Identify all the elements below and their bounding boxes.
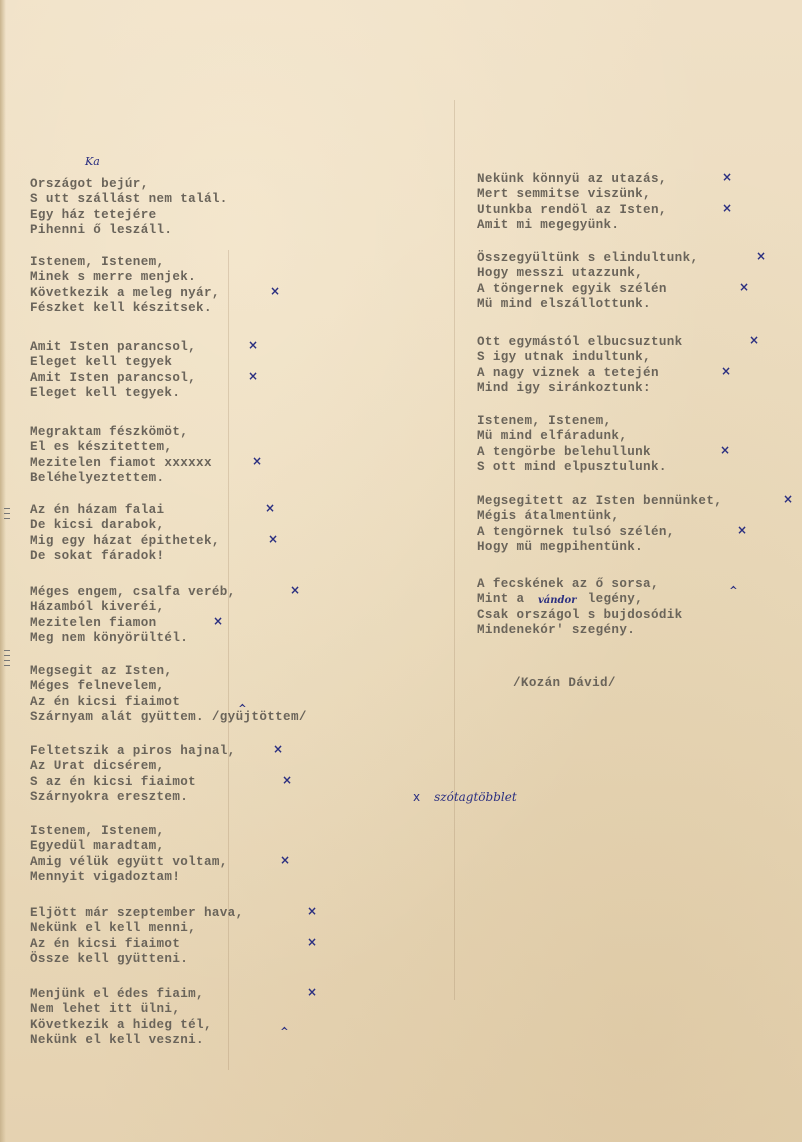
line-text: Csak országol s bujdosódik (477, 608, 683, 622)
poem-line: Egy ház tetejére (30, 208, 228, 223)
pen-cross-mark-icon: × (273, 742, 283, 757)
footnote-text: szótagtöbblet (434, 790, 517, 804)
line-text: Összegyültünk s elindultunk, (477, 251, 698, 265)
line-text: Mü mind elfáradunk, (477, 429, 627, 443)
pen-cross-mark-icon: × (739, 280, 749, 295)
line-text: Mert semmitse viszünk, (477, 187, 651, 201)
line-text: Méges engem, csalfa veréb, (30, 585, 236, 599)
poem-line: A töngernek egyik szélén× (477, 282, 698, 297)
line-text: Ott egymástól elbucsuztunk (477, 335, 683, 349)
line-text: S utt szállást nem talál. (30, 192, 228, 206)
pen-caret-mark-icon: ‸ (238, 693, 247, 708)
poem-line: Méges engem, csalfa veréb,× (30, 585, 236, 600)
poem-line: Mü mind elfáradunk, (477, 429, 667, 444)
line-text: Mindenekór' szegény. (477, 623, 635, 637)
stanza: Istenem, Istenem,Egyedül maradtam,Amig v… (30, 824, 228, 885)
line-text: Nem lehet itt ülni, (30, 1002, 180, 1016)
poem-line: Amig vélük együtt voltam,× (30, 855, 228, 870)
stanza: Méges engem, csalfa veréb,×Házamból kive… (30, 585, 236, 646)
line-text: Megsegit az Isten, (30, 664, 172, 678)
line-text: Istenem, Istenem, (30, 255, 164, 269)
poem-line: Pihenni ő leszáll. (30, 223, 228, 238)
poem-line: Ott egymástól elbucsuztunk× (477, 335, 683, 350)
poem-line: De sokat fáradok! (30, 549, 220, 564)
line-text: Mind igy siránkoztunk: (477, 381, 651, 395)
paper-sheet (0, 0, 802, 1142)
line-text: A tengörbe belehullunk (477, 445, 651, 459)
stanza: Feltetszik a piros hajnal,×Az Urat dicsé… (30, 744, 236, 805)
pen-cross-mark-icon: × (248, 338, 258, 353)
poem-line: Istenem, Istenem, (477, 414, 667, 429)
poem-line: A tengörbe belehullunk× (477, 445, 667, 460)
poem-line: Nekünk könnyü az utazás,× (477, 172, 667, 187)
poem-line: Istenem, Istenem, (30, 824, 228, 839)
poem-line: A tengörnek tulsó szélén,× (477, 525, 722, 540)
stanza: Megraktam fészkömöt,El es készitettem,Me… (30, 425, 212, 486)
stanza: Ott egymástól elbucsuztunk×S igy utnak i… (477, 335, 683, 396)
line-text: Istenem, Istenem, (30, 824, 164, 838)
line-text: A tengörnek tulsó szélén, (477, 525, 675, 539)
line-text: Szárnyam alát gyüttem. /gyüjtöttem/ (30, 710, 307, 724)
pen-cross-mark-icon: × (749, 333, 759, 348)
stanza: Eljött már szeptember hava,×Nekünk el ke… (30, 906, 244, 967)
poem-line: Fészket kell készitsek. (30, 301, 220, 316)
poem-line: Mert semmitse viszünk, (477, 187, 667, 202)
stanza: Összegyültünk s elindultunk,×Hogy messzi… (477, 251, 698, 312)
pen-cross-mark-icon: × (265, 501, 275, 516)
line-text: Eleget kell tegyek. (30, 386, 180, 400)
paper-edge (0, 0, 6, 1142)
pen-cross-mark-icon: × (248, 369, 258, 384)
paper-crease (454, 100, 455, 1000)
poem-line: Megsegit az Isten, (30, 664, 307, 679)
line-text: Az Urat dicsérem, (30, 759, 164, 773)
line-text: Amit Isten parancsol, (30, 340, 196, 354)
poem-line: Országot bejúr, (30, 177, 228, 192)
poem-line: Következik a hideg tél,‸ (30, 1018, 212, 1033)
handwritten-correction: Ka (85, 155, 100, 168)
line-text: Feltetszik a piros hajnal, (30, 744, 236, 758)
line-text: Nekünk könnyü az utazás, (477, 172, 667, 186)
line-text: Hogy mü megpihentünk. (477, 540, 643, 554)
line-text: Egy ház tetejére (30, 208, 157, 222)
line-text: Az én kicsi fiaimot (30, 937, 180, 951)
line-text: Hogy messzi utazzunk, (477, 266, 643, 280)
poem-line: S ott mind elpusztulunk. (477, 460, 667, 475)
line-text: Eleget kell tegyek (30, 355, 172, 369)
poem-line: Mennyit vigadoztam! (30, 870, 228, 885)
line-text: Házamból kiveréi, (30, 600, 164, 614)
line-text: S igy utnak indultunk, (477, 350, 651, 364)
line-text: Amit Isten parancsol, (30, 371, 196, 385)
pen-cross-mark-icon: × (282, 773, 292, 788)
poem-line: Amit Isten parancsol,× (30, 371, 196, 386)
line-text: De kicsi darabok, (30, 518, 164, 532)
pen-cross-mark-icon: × (252, 454, 262, 469)
pen-cross-mark-icon: × (756, 249, 766, 264)
poem-line: Feltetszik a piros hajnal,× (30, 744, 236, 759)
poem-line: Amit Isten parancsol,× (30, 340, 196, 355)
pen-cross-mark-icon: × (720, 443, 730, 458)
line-text: Következik a hideg tél, (30, 1018, 212, 1032)
poem-line: Beléhelyeztettem. (30, 471, 212, 486)
line-text: A nagy viznek a tetején (477, 366, 659, 380)
poem-line: Hogy messzi utazzunk, (477, 266, 698, 281)
pen-cross-mark-icon: × (268, 532, 278, 547)
poem-line: Mint a legény, (477, 592, 683, 607)
poem-line: Minek s merre menjek. (30, 270, 220, 285)
pen-cross-mark-icon: × (722, 170, 732, 185)
line-text: Az én kicsi fiaimot (30, 695, 180, 709)
line-text: Nekünk el kell veszni. (30, 1033, 204, 1047)
line-text: Megraktam fészkömöt, (30, 425, 188, 439)
line-text: Mennyit vigadoztam! (30, 870, 180, 884)
poem-line: Menjünk el édes fiaim,× (30, 987, 212, 1002)
line-text: Össze kell gyütteni. (30, 952, 188, 966)
line-text: Nekünk el kell menni, (30, 921, 196, 935)
footnote-mark: x (413, 790, 420, 804)
line-text: Egyedül maradtam, (30, 839, 164, 853)
stanza: Istenem, Istenem,Mü mind elfáradunk,A te… (477, 414, 667, 475)
line-text: Pihenni ő leszáll. (30, 223, 172, 237)
poem-line: Egyedül maradtam, (30, 839, 228, 854)
pen-cross-mark-icon: × (213, 614, 223, 629)
line-text: S ott mind elpusztulunk. (477, 460, 667, 474)
poem-line: Amit mi megegyünk. (477, 218, 667, 233)
poem-line: Mig egy házat épithetek,× (30, 534, 220, 549)
line-text: El es készitettem, (30, 440, 172, 454)
line-text: Mü mind elszállottunk. (477, 297, 651, 311)
stanza: Amit Isten parancsol,×Eleget kell tegyek… (30, 340, 196, 401)
poem-line: Nekünk el kell veszni. (30, 1033, 212, 1048)
line-text: Amig vélük együtt voltam, (30, 855, 228, 869)
poem-line: Nem lehet itt ülni, (30, 1002, 212, 1017)
pen-cross-mark-icon: × (783, 492, 793, 507)
poem-line: Meg nem könyörültél. (30, 631, 236, 646)
poem-line: Eleget kell tegyek (30, 355, 196, 370)
stanza: Országot bejúr,S utt szállást nem talál.… (30, 177, 228, 238)
stanza: A fecskének az ő sorsa,‸Mint a legény,Cs… (477, 577, 683, 638)
margin-marks (4, 508, 10, 523)
poem-line: Összegyültünk s elindultunk,× (477, 251, 698, 266)
stanza: Megsegitett az Isten bennünket,×Mégis át… (477, 494, 722, 555)
poem-line: Következik a meleg nyár,× (30, 286, 220, 301)
poem-line: Szárnyam alát gyüttem. /gyüjtöttem/ (30, 710, 307, 725)
poem-line: S igy utnak indultunk, (477, 350, 683, 365)
poem-line: S az én kicsi fiaimot× (30, 775, 236, 790)
poem-line: Az Urat dicsérem, (30, 759, 236, 774)
pen-cross-mark-icon: × (737, 523, 747, 538)
stanza: Nekünk könnyü az utazás,×Mert semmitse v… (477, 172, 667, 233)
line-text: Méges felnevelem, (30, 679, 164, 693)
author-signature: /Kozán Dávid/ (513, 676, 616, 690)
line-text: Országot bejúr, (30, 177, 149, 191)
line-text: Következik a meleg nyár, (30, 286, 220, 300)
line-text: Mig egy házat épithetek, (30, 534, 220, 548)
pen-cross-mark-icon: × (307, 935, 317, 950)
stanza: Megsegit az Isten,Méges felnevelem,Az én… (30, 664, 307, 725)
line-text: S az én kicsi fiaimot (30, 775, 196, 789)
poem-line: El es készitettem, (30, 440, 212, 455)
stanza: Az én házam falai×De kicsi darabok,Mig e… (30, 503, 220, 564)
poem-line: Megraktam fészkömöt, (30, 425, 212, 440)
line-text: Eljött már szeptember hava, (30, 906, 244, 920)
line-text: Mezitelen fiamon (30, 616, 157, 630)
poem-line: Nekünk el kell menni, (30, 921, 244, 936)
line-text: Menjünk el édes fiaim, (30, 987, 204, 1001)
pen-caret-mark-icon: ‸ (280, 1016, 289, 1031)
line-text: A fecskének az ő sorsa, (477, 577, 659, 591)
line-text: Beléhelyeztettem. (30, 471, 164, 485)
poem-line: Hogy mü megpihentünk. (477, 540, 722, 555)
pen-cross-mark-icon: × (270, 284, 280, 299)
line-text: Istenem, Istenem, (477, 414, 611, 428)
poem-line: A fecskének az ő sorsa,‸ (477, 577, 683, 592)
poem-line: Házamból kiveréi, (30, 600, 236, 615)
poem-line: Méges felnevelem, (30, 679, 307, 694)
poem-line: Mezitelen fiamot xxxxxx× (30, 456, 212, 471)
margin-marks (4, 650, 10, 670)
pen-caret-mark-icon: ‸ (729, 575, 738, 590)
poem-line: Utunkba rendöl az Isten,× (477, 203, 667, 218)
poem-line: Mind igy siránkoztunk: (477, 381, 683, 396)
poem-line: Szárnyokra eresztem. (30, 790, 236, 805)
pen-cross-mark-icon: × (290, 583, 300, 598)
line-text: Utunkba rendöl az Isten, (477, 203, 667, 217)
line-text: Amit mi megegyünk. (477, 218, 619, 232)
pen-cross-mark-icon: × (307, 985, 317, 1000)
poem-line: S utt szállást nem talál. (30, 192, 228, 207)
poem-line: Az én kicsi fiaimot× (30, 937, 244, 952)
pen-cross-mark-icon: × (721, 364, 731, 379)
poem-line: A nagy viznek a tetején× (477, 366, 683, 381)
line-text: Fészket kell készitsek. (30, 301, 212, 315)
poem-line: Mü mind elszállottunk. (477, 297, 698, 312)
poem-line: Eljött már szeptember hava,× (30, 906, 244, 921)
poem-line: Istenem, Istenem, (30, 255, 220, 270)
footnote: xszótagtöbblet (413, 790, 517, 804)
handwritten-insert: vándor (538, 595, 577, 606)
poem-line: Mindenekór' szegény. (477, 623, 683, 638)
poem-line: Csak országol s bujdosódik (477, 608, 683, 623)
poem-line: Össze kell gyütteni. (30, 952, 244, 967)
line-text: Mezitelen fiamot xxxxxx (30, 456, 212, 470)
stanza: Menjünk el édes fiaim,×Nem lehet itt üln… (30, 987, 212, 1048)
poem-line: Mezitelen fiamon× (30, 616, 236, 631)
line-text: De sokat fáradok! (30, 549, 164, 563)
line-text: Megsegitett az Isten bennünket, (477, 494, 722, 508)
line-text: A töngernek egyik szélén (477, 282, 667, 296)
line-text: Az én házam falai (30, 503, 164, 517)
line-text: Meg nem könyörültél. (30, 631, 188, 645)
pen-cross-mark-icon: × (307, 904, 317, 919)
poem-line: De kicsi darabok, (30, 518, 220, 533)
poem-line: Az én házam falai× (30, 503, 220, 518)
line-text: Szárnyokra eresztem. (30, 790, 188, 804)
stanza: Istenem, Istenem,Minek s merre menjek.Kö… (30, 255, 220, 316)
poem-line: Eleget kell tegyek. (30, 386, 196, 401)
pen-cross-mark-icon: × (722, 201, 732, 216)
pen-cross-mark-icon: × (280, 853, 290, 868)
line-text: Mégis átalmentünk, (477, 509, 619, 523)
poem-line: Mégis átalmentünk, (477, 509, 722, 524)
line-text: Minek s merre menjek. (30, 270, 196, 284)
poem-line: Az én kicsi fiaimot‸ (30, 695, 307, 710)
poem-line: Megsegitett az Isten bennünket,× (477, 494, 722, 509)
